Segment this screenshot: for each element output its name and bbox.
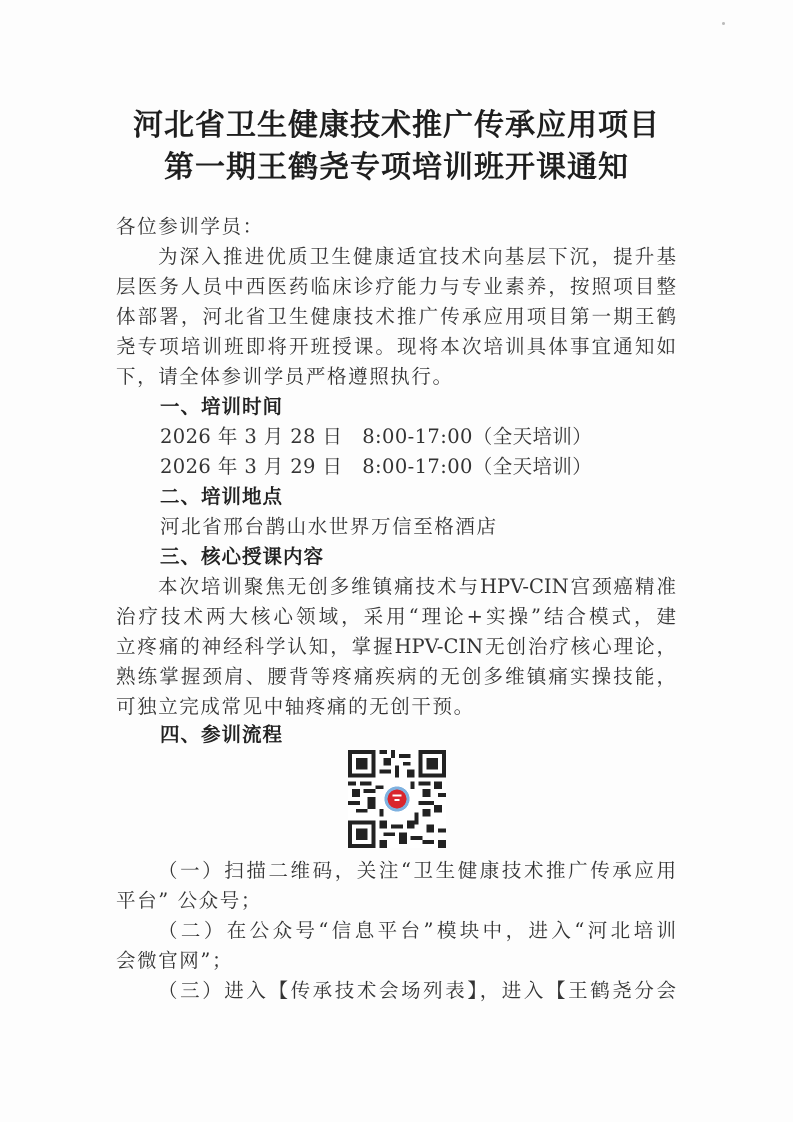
section-heading-content: 三、核心授课内容: [160, 544, 324, 570]
content-line-4: 熟练掌握颈肩、腰背等疼痛疾病的无创多维镇痛实操技能，: [116, 664, 676, 690]
step-1-line-1: （一）扫描二维码，关注“卫生健康技术推广传承应用: [116, 858, 676, 884]
intro-line-3: 体部署，河北省卫生健康技术推广传承应用项目第一期王鹤: [116, 304, 676, 330]
content-line-3: 立疼痛的神经科学认知，掌握HPV-CIN无创治疗核心理论，: [116, 634, 676, 660]
intro-line-2: 层医务人员中西医药临床诊疗能力与专业素养，按照项目整: [116, 274, 676, 300]
title-line-1: 河北省卫生健康技术推广传承应用项目: [0, 100, 793, 144]
time-item-1: 2026 年 3 月 28 日 8:00-17:00（全天培训）: [160, 424, 592, 450]
intro-line-4: 尧专项培训班即将开班授课。现将本次培训具体事宜通知如: [116, 334, 676, 360]
qr-code-icon[interactable]: [348, 750, 446, 848]
location-text: 河北省邢台鹊山水世界万信至格酒店: [160, 514, 498, 540]
section-heading-process: 四、参训流程: [160, 722, 283, 748]
intro-line-5: 下，请全体参训学员严格遵照执行。: [116, 364, 454, 390]
content-line-5: 可独立完成常见中轴疼痛的无创干预。: [116, 694, 475, 720]
intro-line-1: 为深入推进优质卫生健康适宜技术向基层下沉，提升基: [116, 244, 676, 270]
section-heading-location: 二、培训地点: [160, 484, 283, 510]
title-line-2: 第一期王鹤尧专项培训班开课通知: [0, 142, 793, 186]
step-2-line-2: 会微官网”；: [116, 948, 233, 974]
content-line-2: 治疗技术两大核心领域，采用“理论+实操”结合模式，建: [116, 604, 676, 630]
salutation: 各位参训学员：: [116, 214, 264, 240]
content-line-1: 本次培训聚焦无创多维镇痛技术与HPV-CIN宫颈癌精准: [116, 574, 676, 600]
step-2-line-1: （二）在公众号“信息平台”模块中，进入“河北培训: [116, 918, 676, 944]
step-1-line-2: 平台” 公众号；: [116, 888, 262, 914]
time-item-2: 2026 年 3 月 29 日 8:00-17:00（全天培训）: [160, 454, 592, 480]
step-3-line-1: （三）进入【传承技术会场列表】，进入【王鹤尧分会: [116, 978, 676, 1004]
section-heading-time: 一、培训时间: [160, 394, 283, 420]
scan-speck: [722, 22, 725, 25]
